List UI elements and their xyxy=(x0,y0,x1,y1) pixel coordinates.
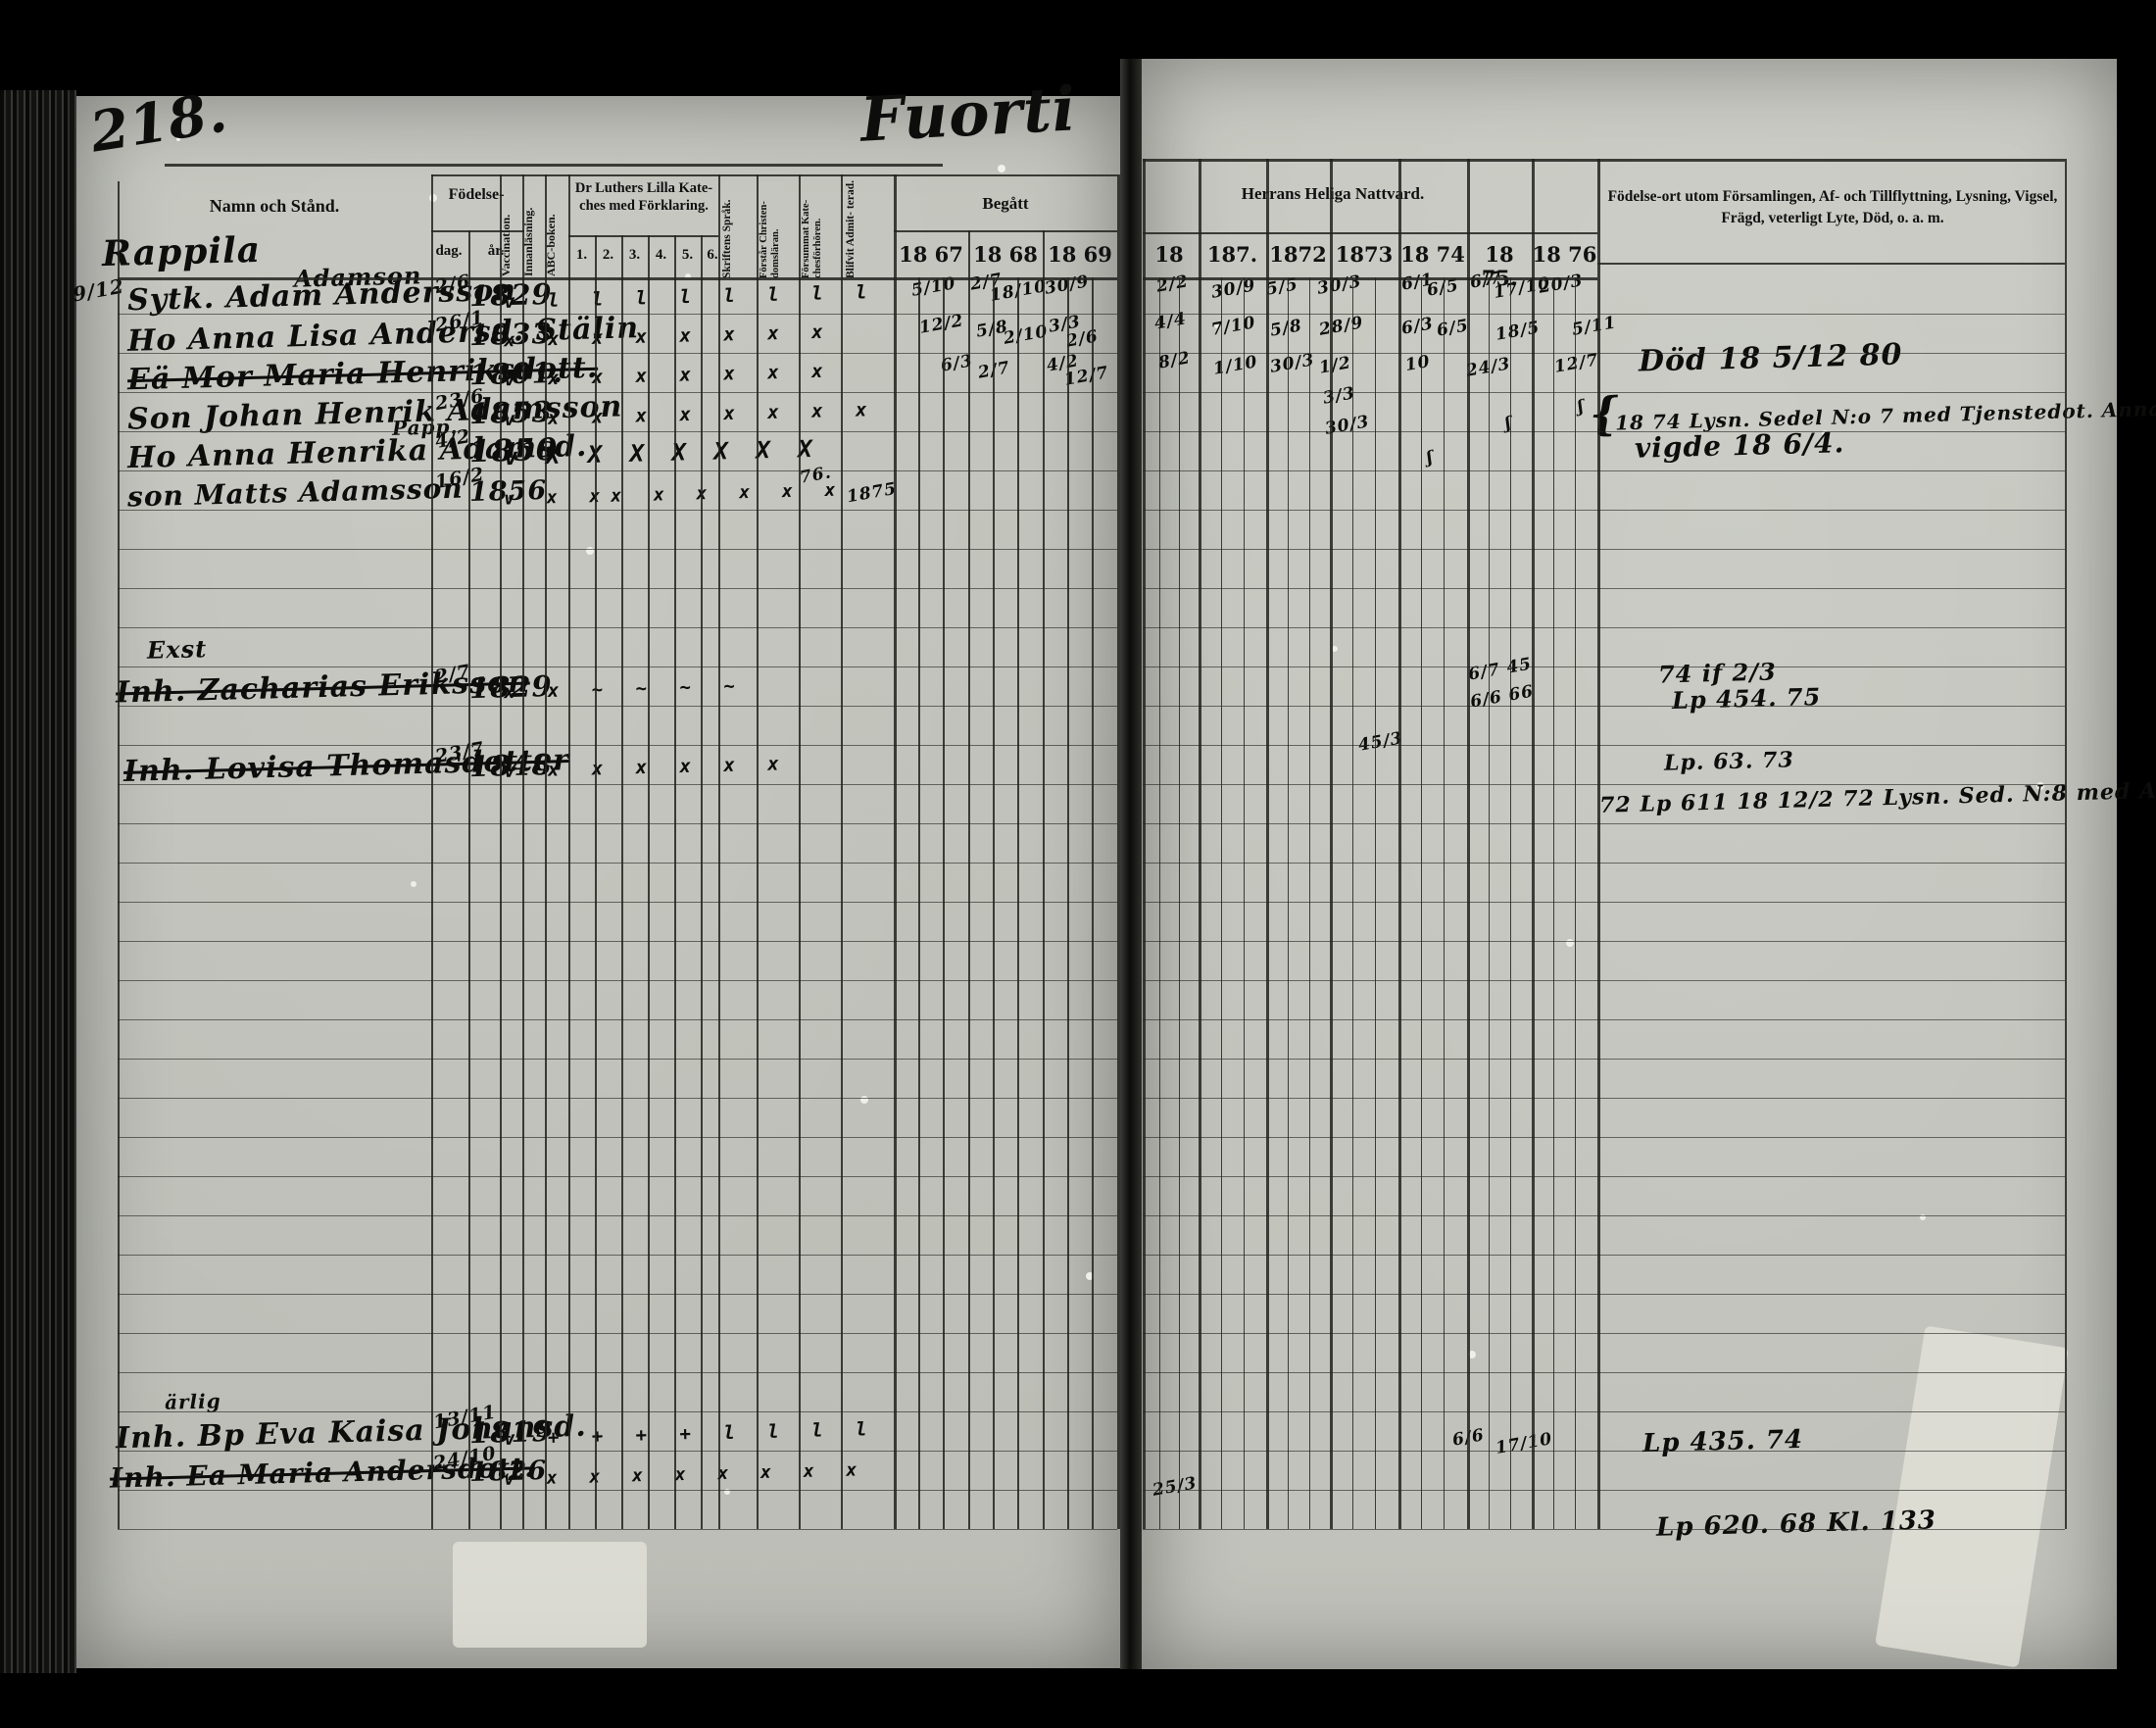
table-vertical-line xyxy=(1467,159,1470,1529)
col-header-skriftens-sprak: Skriftens Språk. xyxy=(721,178,757,278)
notes-header-line2: Frägd, veterligt Lyte, Död, o. a. m. xyxy=(1607,210,2058,227)
year-1868: 18 68 xyxy=(968,243,1043,267)
row-rule-line xyxy=(1143,1059,2065,1060)
row-rule-line xyxy=(118,667,1117,667)
note-ref: Lp 454. 75 xyxy=(1672,682,1822,715)
table-vertical-line xyxy=(1017,277,1019,1529)
table-vertical-line xyxy=(1352,277,1353,1529)
row-rule-line xyxy=(1143,1529,2065,1530)
year-1869: 18 69 xyxy=(1043,243,1117,267)
table-vertical-line xyxy=(918,277,920,1529)
row-rule-line xyxy=(118,1059,1117,1060)
row-rule-line xyxy=(1143,1019,2065,1020)
table-vertical-line xyxy=(1489,277,1490,1529)
row-rule-line xyxy=(118,627,1117,628)
row-rule-line xyxy=(118,706,1117,707)
table-vertical-line xyxy=(1444,277,1445,1529)
entry-above: Exst xyxy=(147,634,208,665)
row-rule-line xyxy=(118,863,1117,864)
book-spine xyxy=(0,90,76,1673)
row-rule-line xyxy=(118,549,1117,550)
communion-mark: 6/3 xyxy=(1400,317,1435,336)
row-rule-line xyxy=(118,353,1117,354)
table-vertical-line xyxy=(431,174,433,1529)
col-header-vaccination: Vaccination. xyxy=(500,178,522,276)
table-vertical-line xyxy=(500,174,502,1529)
table-vertical-line xyxy=(993,277,995,1529)
communion-mark: 10 xyxy=(1404,355,1432,373)
table-vertical-line xyxy=(1143,159,1146,1529)
table-vertical-line xyxy=(841,174,843,1529)
paper-patch xyxy=(453,1542,647,1648)
table-horizontal-line xyxy=(431,174,1117,176)
row-rule-line xyxy=(1143,470,2065,471)
row-rule-line xyxy=(1143,784,2065,785)
table-vertical-line xyxy=(1159,277,1160,1529)
year-1867: 18 67 xyxy=(894,243,968,267)
communion-mark: 1/2 xyxy=(1318,356,1352,375)
year-1873: 1873 xyxy=(1330,243,1398,267)
col-header-herrans-heliga-nattvard: Herrans Heliga Nattvard. xyxy=(1166,184,1499,204)
communion-mark: 76. xyxy=(799,466,833,485)
row-rule-line xyxy=(1143,1294,2065,1295)
village-name: Rappila xyxy=(101,229,261,274)
row-rule-line xyxy=(118,745,1117,746)
row-rule-line xyxy=(118,431,1117,432)
row-rule-line xyxy=(118,784,1117,785)
table-vertical-line xyxy=(1092,277,1094,1529)
table-vertical-line xyxy=(118,181,120,1529)
row-rule-line xyxy=(1143,706,2065,707)
communion-mark: 2/6 xyxy=(1065,329,1100,349)
script-title: Fuorti xyxy=(858,73,1078,155)
row-rule-line xyxy=(118,1176,1117,1177)
kateches-col-2: 2. xyxy=(595,247,621,264)
table-horizontal-line xyxy=(165,164,943,167)
table-vertical-line xyxy=(1266,159,1269,1529)
row-rule-line xyxy=(1143,549,2065,550)
row-rule-line xyxy=(118,1372,1117,1373)
table-vertical-line xyxy=(1398,159,1401,1529)
row-rule-line xyxy=(1143,1411,2065,1412)
table-vertical-line xyxy=(701,235,703,1529)
year-1876: 18 76 xyxy=(1532,243,1597,267)
year-1872: 1872 xyxy=(1266,243,1330,267)
table-vertical-line xyxy=(545,174,547,1529)
table-vertical-line xyxy=(1179,277,1180,1529)
note-ref: Lp. 63. 73 xyxy=(1664,747,1794,775)
table-horizontal-line xyxy=(1143,277,1597,280)
row-rule-line xyxy=(118,1529,1117,1530)
communion-mark: 3/3 xyxy=(1322,386,1356,406)
table-vertical-line xyxy=(1597,159,1600,1529)
row-rule-line xyxy=(118,588,1117,589)
table-vertical-line xyxy=(568,174,570,1529)
row-rule-line xyxy=(118,1490,1117,1491)
col-header-kateches-line1: Dr Luthers Lilla Kate- xyxy=(570,180,717,197)
table-vertical-line xyxy=(648,235,650,1529)
communion-mark: 6/5 xyxy=(1436,319,1470,338)
table-vertical-line xyxy=(1421,277,1422,1529)
row-rule-line xyxy=(1143,1490,2065,1491)
table-horizontal-line xyxy=(1143,232,1597,234)
row-rule-line xyxy=(1143,1137,2065,1138)
row-rule-line xyxy=(1143,431,2065,432)
row-rule-line xyxy=(118,902,1117,903)
table-vertical-line xyxy=(1309,277,1310,1529)
kateches-col-1: 1. xyxy=(568,247,595,264)
row-rule-line xyxy=(118,1294,1117,1295)
row-rule-line xyxy=(118,470,1117,471)
year-187: 187. xyxy=(1199,243,1266,267)
row-rule-line xyxy=(1143,1098,2065,1099)
col-header-begatt: Begått xyxy=(894,194,1117,214)
table-vertical-line xyxy=(1532,159,1535,1529)
row-rule-line xyxy=(118,1451,1117,1452)
communion-mark: 5/5 xyxy=(1265,277,1299,297)
table-vertical-line xyxy=(1117,174,1120,1529)
row-rule-line xyxy=(118,1215,1117,1216)
row-rule-line xyxy=(118,941,1117,942)
table-vertical-line xyxy=(1330,159,1333,1529)
row-rule-line xyxy=(1143,941,2065,942)
col-header-abc-boken: ABC-boken. xyxy=(545,178,568,276)
row-rule-line xyxy=(1143,1451,2065,1452)
note-death: Död 18 5/12 80 xyxy=(1639,337,1903,378)
year-18: 18 xyxy=(1140,243,1199,267)
table-horizontal-line xyxy=(1143,159,2065,162)
table-vertical-line xyxy=(1221,277,1222,1529)
table-vertical-line xyxy=(1575,277,1576,1529)
row-rule-line xyxy=(118,1019,1117,1020)
row-rule-line xyxy=(1143,1255,2065,1256)
note-ref: Lp 435. 74 xyxy=(1642,1425,1804,1458)
row-rule-line xyxy=(1143,980,2065,981)
table-vertical-line xyxy=(1199,159,1201,1529)
row-rule-line xyxy=(118,314,1117,315)
row-rule-line xyxy=(1143,823,2065,824)
table-vertical-line xyxy=(595,235,597,1529)
row-rule-line xyxy=(1143,510,2065,511)
row-rule-line xyxy=(1143,1372,2065,1373)
table-horizontal-line xyxy=(894,230,1117,232)
row-rule-line xyxy=(1143,392,2065,393)
table-vertical-line xyxy=(1244,277,1245,1529)
table-vertical-line xyxy=(943,277,945,1529)
row-rule-line xyxy=(118,1137,1117,1138)
table-horizontal-line xyxy=(1597,263,2065,265)
col-header-innanlasning: Innanläsning. xyxy=(522,178,545,276)
row-rule-line xyxy=(1143,627,2065,628)
col-header-kateches-line2: ches med Förklaring. xyxy=(570,198,717,215)
row-rule-line xyxy=(118,1411,1117,1412)
table-vertical-line xyxy=(674,235,676,1529)
table-horizontal-line xyxy=(118,277,1117,280)
table-vertical-line xyxy=(799,174,801,1529)
table-vertical-line xyxy=(718,174,720,1529)
table-vertical-line xyxy=(1510,277,1511,1529)
notes-header-line1: Födelse-ort utom Församlingen, Af- och T… xyxy=(1607,188,2058,206)
table-horizontal-line xyxy=(431,230,524,232)
table-vertical-line xyxy=(522,174,524,1529)
row-rule-line xyxy=(1143,902,2065,903)
book-scan: 218. Fuorti Rappila 9/12 Namn och Stånd.… xyxy=(0,0,2156,1728)
table-vertical-line xyxy=(1375,277,1376,1529)
book-gutter xyxy=(1120,59,1142,1669)
col-header-birth-day: dag. xyxy=(429,243,468,260)
year-1874: 18 74 xyxy=(1398,243,1467,267)
kateches-col-3: 3. xyxy=(621,247,648,264)
table-vertical-line xyxy=(621,235,623,1529)
row-rule-line xyxy=(1143,745,2065,746)
row-rule-line xyxy=(118,980,1117,981)
row-rule-line xyxy=(118,823,1117,824)
table-vertical-line xyxy=(1553,277,1554,1529)
table-vertical-line xyxy=(2065,159,2067,1529)
table-vertical-line xyxy=(1288,277,1289,1529)
row-rule-line xyxy=(118,392,1117,393)
row-rule-line xyxy=(118,1098,1117,1099)
row-rule-line xyxy=(1143,1333,2065,1334)
col-header-forsummat-katechesforhoren: Försummat Kate- chesförhören. xyxy=(801,178,841,278)
table-horizontal-line xyxy=(568,235,718,237)
table-vertical-line xyxy=(1067,277,1069,1529)
row-rule-line xyxy=(1143,588,2065,589)
row-rule-line xyxy=(1143,353,2065,354)
kateches-col-5: 5. xyxy=(674,247,701,264)
col-header-blifvit-admitterad: Blifvit Admit- terad. xyxy=(845,178,892,278)
table-vertical-line xyxy=(757,174,759,1529)
row-rule-line xyxy=(1143,1215,2065,1216)
row-rule-line xyxy=(1143,314,2065,315)
entry-above: ärlig xyxy=(165,1389,221,1414)
communion-mark: 5/8 xyxy=(1269,319,1303,338)
kateches-col-4: 4. xyxy=(648,247,674,264)
row-rule-line xyxy=(118,1255,1117,1256)
col-header-forstar-christendomslaran: Förstår Christen- domsläran. xyxy=(759,178,799,278)
row-rule-line xyxy=(1143,1176,2065,1177)
row-rule-line xyxy=(118,1333,1117,1334)
row-rule-line xyxy=(1143,667,2065,667)
col-header-name: Namn och Stånd. xyxy=(137,196,412,217)
table-vertical-line xyxy=(894,174,897,1529)
row-rule-line xyxy=(118,510,1117,511)
row-rule-line xyxy=(1143,863,2065,864)
